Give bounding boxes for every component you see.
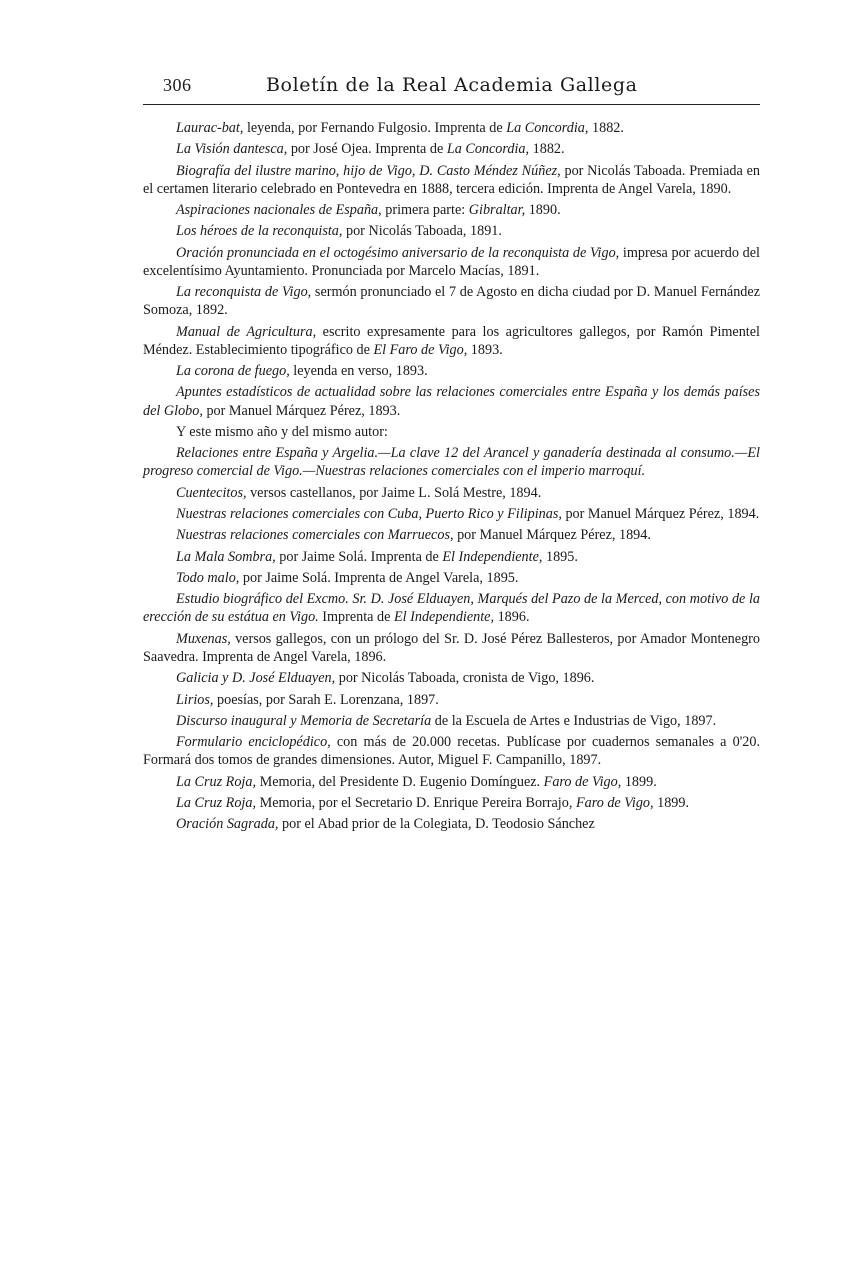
entry-text: primera parte: <box>382 202 469 218</box>
entry-text: 1882. <box>529 141 564 157</box>
bibliography-entry: La reconquista de Vigo, sermón pronuncia… <box>143 283 760 319</box>
entry-title-italic: La Cruz Roja, <box>176 774 256 790</box>
entry-text: poesías, por Sarah E. Lorenzana, 1897. <box>213 692 438 708</box>
entry-title-italic: El Independiente, <box>394 609 494 625</box>
bibliography-entry: Nuestras relaciones comerciales con Cuba… <box>143 505 760 523</box>
journal-title: Boletín de la Real Academia Gallega <box>223 74 760 96</box>
bibliography-entry: Cuentecitos, versos castellanos, por Jai… <box>143 484 760 502</box>
entry-text: versos gallegos, con un prólogo del Sr. … <box>143 631 760 665</box>
entry-text: por Jaime Solá. Imprenta de Angel Varela… <box>239 570 518 586</box>
bibliography-entry: Todo malo, por Jaime Solá. Imprenta de A… <box>143 569 760 587</box>
entry-title-italic: Cuentecitos, <box>176 485 247 501</box>
entry-text: Y este mismo año y del mismo autor: <box>176 424 388 440</box>
entry-title-italic: Aspiraciones nacionales de España, <box>176 202 382 218</box>
bibliography-entry: Galicia y D. José Elduayen, por Nicolás … <box>143 669 760 687</box>
entry-text: Memoria, del Presidente D. Eugenio Domín… <box>256 774 544 790</box>
entry-text: 1899. <box>654 795 689 811</box>
entry-text: 1893. <box>467 342 502 358</box>
entry-title-italic: La reconquista de Vigo, <box>176 284 311 300</box>
bibliography-entry: Formulario enciclopédico, con más de 20.… <box>143 733 760 769</box>
entry-text: por Nicolás Taboada, 1891. <box>342 223 502 239</box>
entry-text: por Manuel Márquez Pérez, 1893. <box>203 403 400 419</box>
entry-text: Memoria, por el Secretario D. Enrique Pe… <box>256 795 576 811</box>
entry-text: versos castellanos, por Jaime L. Solá Me… <box>247 485 542 501</box>
entry-text: leyenda, por Fernando Fulgosio. Imprenta… <box>243 120 506 136</box>
bibliography-entry: Laurac-bat, leyenda, por Fernando Fulgos… <box>143 119 760 137</box>
entry-title-italic: Laurac-bat, <box>176 120 243 136</box>
entry-text: 1896. <box>494 609 529 625</box>
entry-text: 1899. <box>621 774 656 790</box>
entry-title-italic: La corona de fuego, <box>176 363 290 379</box>
entry-title-italic: La Cruz Roja, <box>176 795 256 811</box>
entry-title-italic: Discurso inaugural y Memoria de Secretar… <box>176 713 431 729</box>
entry-title-italic: La Concordia, <box>447 141 529 157</box>
document-page: 306 Boletín de la Real Academia Gallega … <box>143 74 760 837</box>
page-number: 306 <box>143 75 223 96</box>
entry-text: por Manuel Márquez Pérez, 1894. <box>454 527 651 543</box>
entry-text: por José Ojea. Imprenta de <box>287 141 447 157</box>
entry-text: Imprenta de <box>319 609 394 625</box>
entry-title-italic: Oración Sagrada, <box>176 816 278 832</box>
bibliography-entry: Manual de Agricultura, escrito expresame… <box>143 323 760 359</box>
entry-title-italic: Biografía del ilustre marino, hijo de Vi… <box>176 163 561 179</box>
entry-title-italic: Galicia y D. José Elduayen, <box>176 670 335 686</box>
bibliography-entry: Nuestras relaciones comerciales con Marr… <box>143 526 760 544</box>
bibliography-entry: Muxenas, versos gallegos, con un prólogo… <box>143 630 760 666</box>
bibliography-entry: Los héroes de la reconquista, por Nicolá… <box>143 222 760 240</box>
bibliography-entry: Relaciones entre España y Argelia.—La cl… <box>143 444 760 480</box>
entry-text: de la Escuela de Artes e Industrias de V… <box>431 713 716 729</box>
bibliography-entry: Biografía del ilustre marino, hijo de Vi… <box>143 162 760 198</box>
entry-text: por el Abad prior de la Colegiata, D. Te… <box>278 816 594 832</box>
bibliography-entry: Oración Sagrada, por el Abad prior de la… <box>143 815 760 833</box>
bibliography-entry: La Cruz Roja, Memoria, del Presidente D.… <box>143 773 760 791</box>
entry-title-italic: El Independiente, <box>442 549 542 565</box>
entry-title-italic: Nuestras relaciones comerciales con Cuba… <box>176 506 562 522</box>
entry-title-italic: Faro de Vigo, <box>544 774 622 790</box>
bibliography-entry: La Visión dantesca, por José Ojea. Impre… <box>143 140 760 158</box>
entry-text: 1895. <box>542 549 577 565</box>
entry-title-italic: La Mala Sombra, <box>176 549 276 565</box>
entry-title-italic: Todo malo, <box>176 570 239 586</box>
entry-text: por Manuel Márquez Pérez, 1894. <box>562 506 759 522</box>
bibliography-entry: La Mala Sombra, por Jaime Solá. Imprenta… <box>143 548 760 566</box>
entry-title-italic: Oración pronunciada en el octogésimo ani… <box>176 245 619 261</box>
entry-title-italic: El Faro de Vigo, <box>373 342 467 358</box>
entry-title-italic: Gibraltar, <box>469 202 525 218</box>
entry-text: leyenda en verso, 1893. <box>290 363 428 379</box>
bibliography-entry: Estudio biográfico del Excmo. Sr. D. Jos… <box>143 590 760 626</box>
bibliography-list: Laurac-bat, leyenda, por Fernando Fulgos… <box>143 119 760 833</box>
bibliography-entry: Oración pronunciada en el octogésimo ani… <box>143 244 760 280</box>
bibliography-entry: Lirios, poesías, por Sarah E. Lorenzana,… <box>143 691 760 709</box>
bibliography-entry: La corona de fuego, leyenda en verso, 18… <box>143 362 760 380</box>
entry-title-italic: Nuestras relaciones comerciales con Marr… <box>176 527 454 543</box>
entry-title-italic: La Visión dantesca, <box>176 141 287 157</box>
entry-title-italic: Faro de Vigo, <box>576 795 654 811</box>
entry-title-italic: La Concordia, <box>506 120 588 136</box>
entry-text: 1882. <box>588 120 623 136</box>
entry-title-italic: Relaciones entre España y Argelia.—La cl… <box>143 445 760 479</box>
bibliography-entry: Aspiraciones nacionales de España, prime… <box>143 201 760 219</box>
entry-title-italic: Muxenas, <box>176 631 231 647</box>
bibliography-entry: La Cruz Roja, Memoria, por el Secretario… <box>143 794 760 812</box>
entry-title-italic: Formulario enciclopédico, <box>176 734 331 750</box>
entry-text: por Jaime Solá. Imprenta de <box>276 549 443 565</box>
entry-title-italic: Lirios, <box>176 692 213 708</box>
bibliography-entry: Apuntes estadísticos de actualidad sobre… <box>143 383 760 419</box>
bibliography-entry: Discurso inaugural y Memoria de Secretar… <box>143 712 760 730</box>
running-head: 306 Boletín de la Real Academia Gallega <box>143 74 760 102</box>
entry-title-italic: Manual de Agricultura, <box>176 324 316 340</box>
bibliography-entry: Y este mismo año y del mismo autor: <box>143 423 760 441</box>
header-rule <box>143 104 760 105</box>
entry-text: 1890. <box>525 202 560 218</box>
entry-text: por Nicolás Taboada, cronista de Vigo, 1… <box>335 670 594 686</box>
entry-title-italic: Los héroes de la reconquista, <box>176 223 342 239</box>
